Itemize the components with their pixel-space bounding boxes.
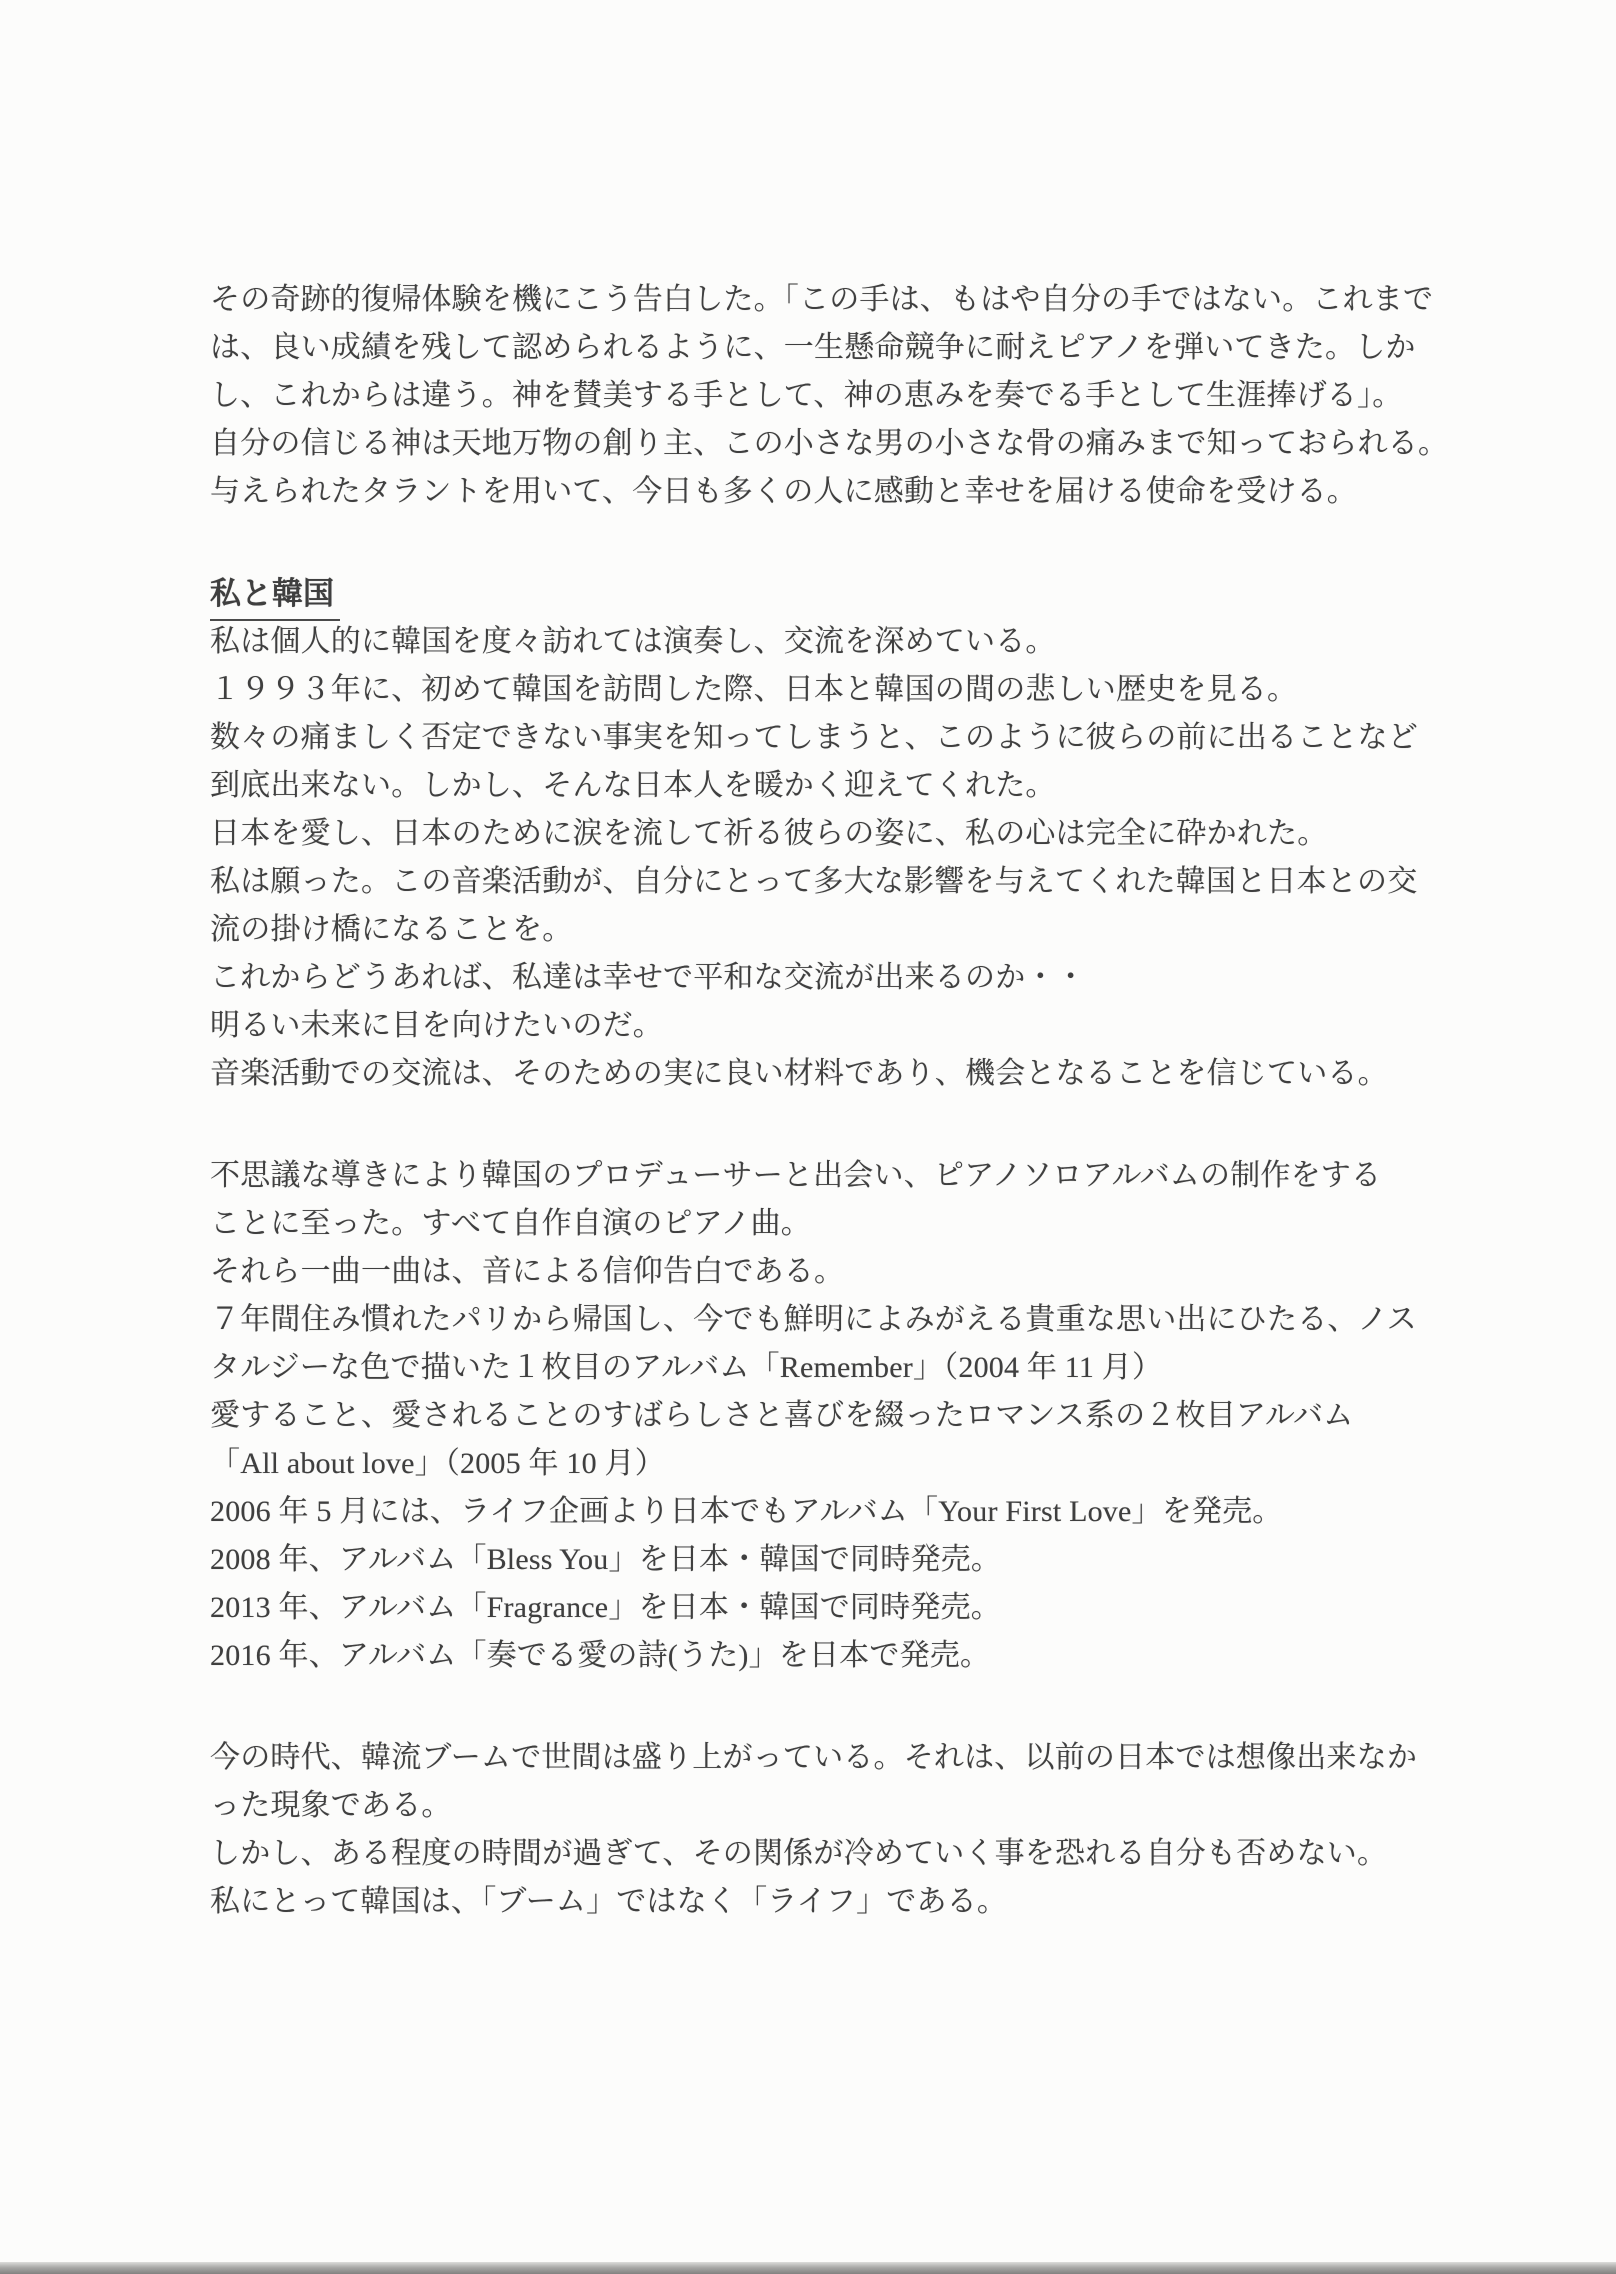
paragraph-hallyu-boom: 今の時代、韓流ブームで世間は盛り上がっている。それは、以前の日本では想像出来なか… [210, 1734, 1440, 1926]
text-line: 私は願った。この音楽活動が、自分にとって多大な影響を与えてくれた韓国と日本との交 [210, 858, 1440, 906]
text-line: し、これからは違う。神を賛美する手として、神の恵みを奏でる手として生涯捧げる」。 [210, 372, 1440, 420]
text-line: 私は個人的に韓国を度々訪れては演奏し、交流を深めている。 [210, 618, 1440, 666]
text-line: 日本を愛し、日本のために涙を流して祈る彼らの姿に、私の心は完全に砕かれた。 [210, 810, 1440, 858]
text-line: 数々の痛ましく否定できない事実を知ってしまうと、このように彼らの前に出ることなど [210, 714, 1440, 762]
section-heading-text: 私と韓国 [210, 570, 340, 621]
text-line: タルジーな色で描いた１枚目のアルバム「Remember」（2004 年 11 月… [210, 1344, 1440, 1392]
paragraph-testimony: その奇跡的復帰体験を機にこう告白した。「この手は、もはや自分の手ではない。これま… [210, 276, 1440, 516]
text-line: 流の掛け橋になることを。 [210, 906, 1440, 954]
document-text: その奇跡的復帰体験を機にこう告白した。「この手は、もはや自分の手ではない。これま… [210, 276, 1440, 1926]
text-line: った現象である。 [210, 1782, 1440, 1830]
text-line: １９９３年に、初めて韓国を訪問した際、日本と韓国の間の悲しい歴史を見る。 [210, 666, 1440, 714]
scanned-document-page: その奇跡的復帰体験を機にこう告白した。「この手は、もはや自分の手ではない。これま… [0, 0, 1616, 2274]
text-line: 私にとって韓国は、「ブーム」ではなく「ライフ」である。 [210, 1878, 1440, 1926]
paragraph-albums: 不思議な導きにより韓国のプロデューサーと出会い、ピアノソロアルバムの制作をする … [210, 1152, 1440, 1680]
text-line: これからどうあれば、私達は幸せで平和な交流が出来るのか・・ [210, 954, 1440, 1002]
text-line: ７年間住み慣れたパリから帰国し、今でも鮮明によみがえる貴重な思い出にひたる、ノス [210, 1296, 1440, 1344]
text-line: しかし、ある程度の時間が過ぎて、その関係が冷めていく事を恐れる自分も否めない。 [210, 1830, 1440, 1878]
text-line: 到底出来ない。しかし、そんな日本人を暖かく迎えてくれた。 [210, 762, 1440, 810]
text-line: 今の時代、韓流ブームで世間は盛り上がっている。それは、以前の日本では想像出来なか [210, 1734, 1440, 1782]
text-line: 愛すること、愛されることのすばらしさと喜びを綴ったロマンス系の２枚目アルバム [210, 1392, 1440, 1440]
text-line: 2016 年、アルバム「奏でる愛の詩(うた)」を日本で発売。 [210, 1632, 1440, 1680]
text-line: 明るい未来に目を向けたいのだ。 [210, 1002, 1440, 1050]
text-line: は、良い成績を残して認められるように、一生懸命競争に耐えピアノを弾いてきた。しか [210, 324, 1440, 372]
section-heading-me-and-korea: 私と韓国 [210, 570, 1440, 618]
text-line: ことに至った。すべて自作自演のピアノ曲。 [210, 1200, 1440, 1248]
text-line: 2006 年 5 月には、ライフ企画より日本でもアルバム「Your First … [210, 1488, 1440, 1536]
text-line: 2008 年、アルバム「Bless You」を日本・韓国で同時発売。 [210, 1536, 1440, 1584]
text-line: それら一曲一曲は、音による信仰告白である。 [210, 1248, 1440, 1296]
text-line: 2013 年、アルバム「Fragrance」を日本・韓国で同時発売。 [210, 1584, 1440, 1632]
text-line: 不思議な導きにより韓国のプロデューサーと出会い、ピアノソロアルバムの制作をする [210, 1152, 1440, 1200]
text-line: 与えられたタラントを用いて、今日も多くの人に感動と幸せを届ける使命を受ける。 [210, 468, 1440, 516]
text-line: 音楽活動での交流は、そのための実に良い材料であり、機会となることを信じている。 [210, 1050, 1440, 1098]
text-line: その奇跡的復帰体験を機にこう告白した。「この手は、もはや自分の手ではない。これま… [210, 276, 1440, 324]
paragraph-me-and-korea: 私は個人的に韓国を度々訪れては演奏し、交流を深めている。 １９９３年に、初めて韓… [210, 618, 1440, 1098]
scan-edge-shadow [0, 2262, 1616, 2274]
text-line: 自分の信じる神は天地万物の創り主、この小さな男の小さな骨の痛みまで知っておられる… [210, 420, 1440, 468]
text-line: 「All about love」（2005 年 10 月） [210, 1440, 1440, 1488]
